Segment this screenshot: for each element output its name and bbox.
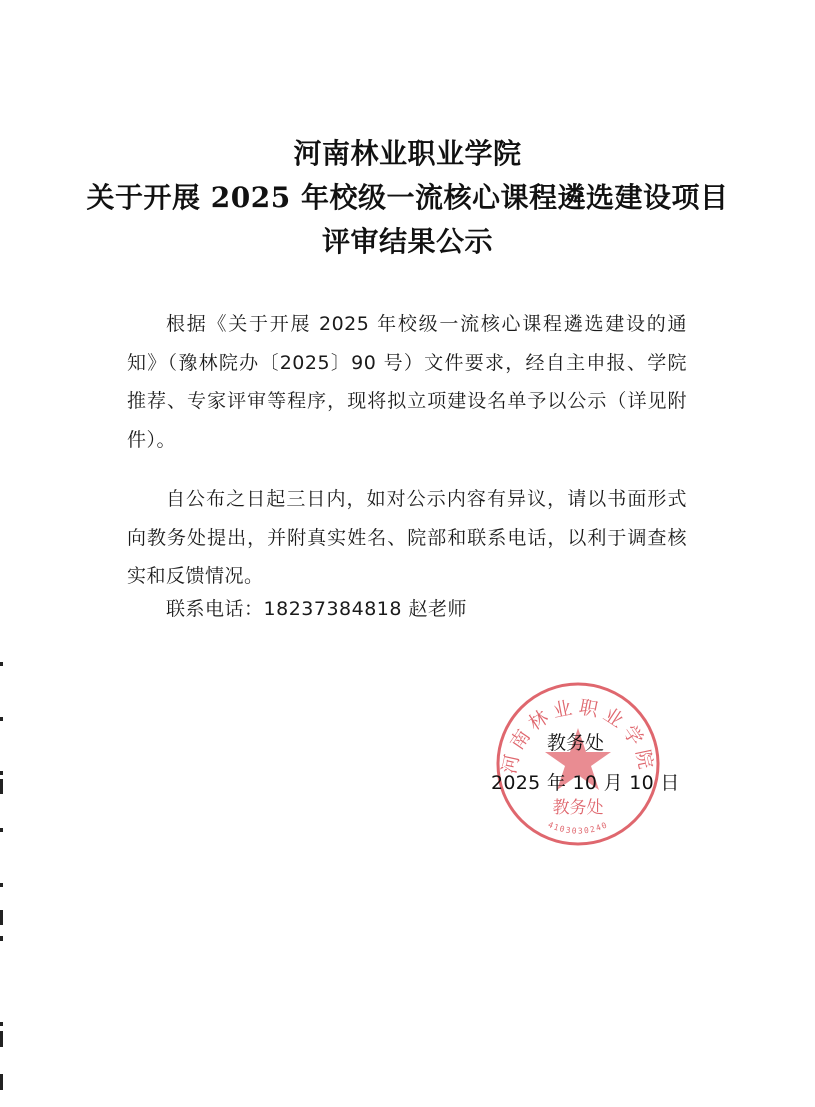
scan-edge-mark: [0, 717, 3, 721]
signature-department: 教务处: [547, 728, 604, 755]
body-paragraph-2: 自公布之日起三日内，如对公示内容有异议，请以书面形式向教务处提出，并附真实姓名、…: [127, 480, 687, 596]
contact-label: 联系电话：: [166, 598, 264, 620]
title-subject: 关于开展 2025 年校级一流核心课程遴选建设项目: [0, 176, 815, 220]
title-type: 评审结果公示: [0, 220, 815, 264]
scan-edge-mark: [0, 1074, 3, 1090]
contact-phone: 18237384818: [264, 598, 402, 620]
scan-edge-mark: [0, 883, 3, 887]
scan-edge-mark: [0, 828, 3, 832]
scan-edge-mark: [0, 771, 3, 775]
document-page: 河南林业职业学院 关于开展 2025 年校级一流核心课程遴选建设项目 评审结果公…: [0, 0, 815, 1107]
official-seal-icon: 河南林业职业学院 教务处 4103030240: [494, 680, 662, 848]
scan-edge-mark: [0, 1022, 3, 1026]
seal-dept-text: 教务处: [553, 798, 604, 818]
scan-edge-mark: [0, 779, 3, 794]
contact-person: 赵老师: [409, 598, 468, 620]
scan-edge-mark: [0, 910, 3, 925]
paragraph-text: 自公布之日起三日内，如对公示内容有异议，请以书面形式向教务处提出，并附真实姓名、…: [127, 480, 687, 596]
scan-edge-mark: [0, 936, 3, 941]
contact-line: 联系电话：18237384818 赵老师: [166, 594, 467, 621]
svg-text:4103030240: 4103030240: [547, 820, 610, 835]
scan-edge-mark: [0, 662, 3, 666]
scan-edge-mark: [0, 1031, 3, 1047]
paragraph-text: 根据《关于开展 2025 年校级一流核心课程遴选建设的通知》（豫林院办〔2025…: [127, 305, 687, 459]
title-institution: 河南林业职业学院: [0, 132, 815, 176]
body-paragraph-1: 根据《关于开展 2025 年校级一流核心课程遴选建设的通知》（豫林院办〔2025…: [127, 305, 687, 459]
document-title: 河南林业职业学院 关于开展 2025 年校级一流核心课程遴选建设项目 评审结果公…: [0, 132, 815, 264]
signature-date: 2025 年 10 月 10 日: [491, 768, 680, 795]
